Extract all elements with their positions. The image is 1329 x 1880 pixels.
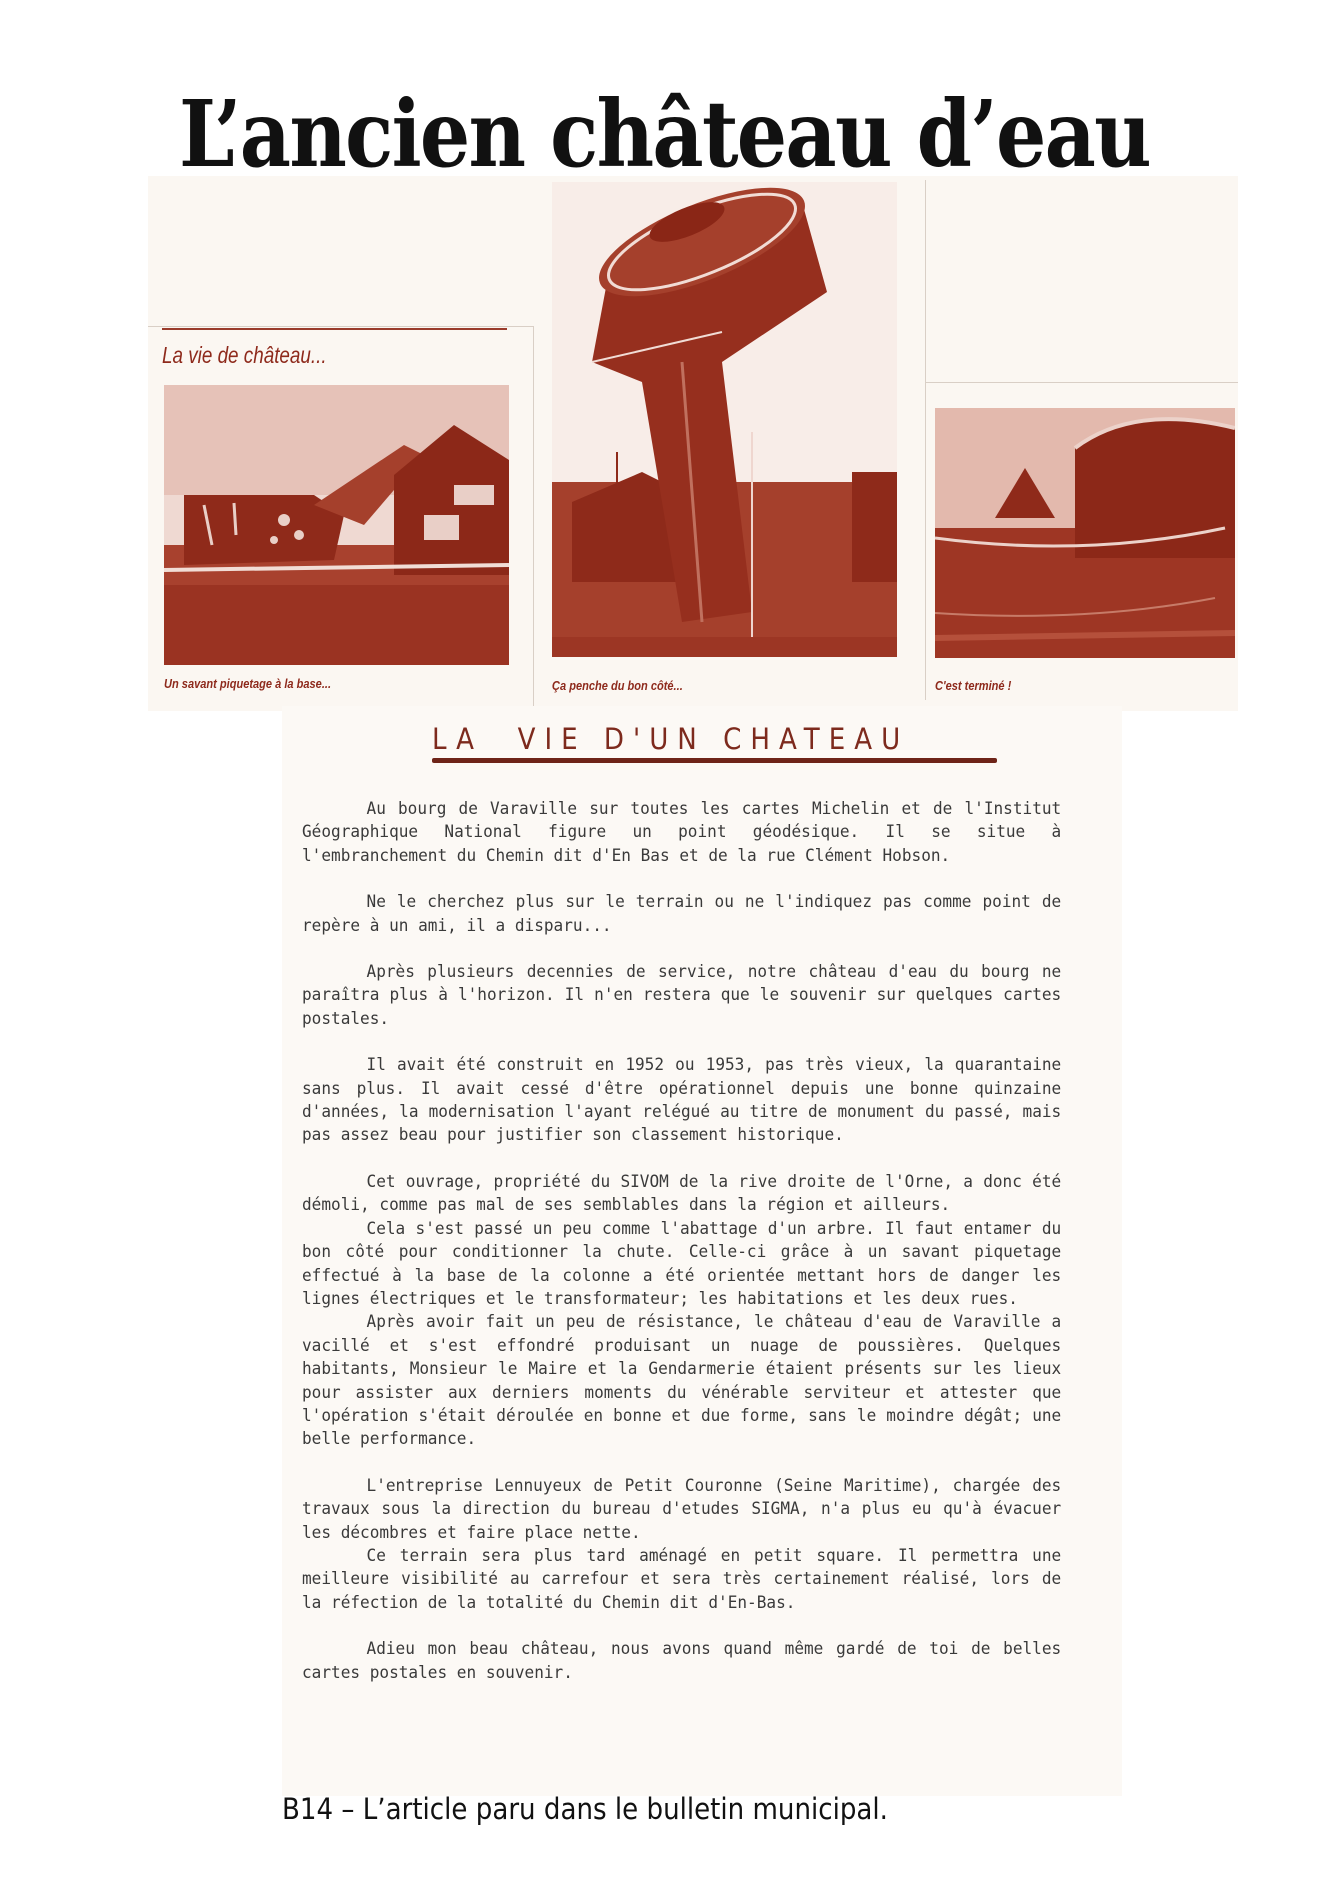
article-paragraph: Au bourg de Varaville sur toutes les car… [302, 798, 1061, 868]
article-paragraph: L'entreprise Lennuyeux de Petit Couronne… [302, 1475, 1061, 1545]
article-paragraph: Après avoir fait un peu de résistance, l… [302, 1311, 1061, 1451]
article-paragraph: Cet ouvrage, propriété du SIVOM de la ri… [302, 1171, 1061, 1218]
photo-caption-2: Ça penche du bon côté... [552, 678, 683, 693]
clipping-kicker: La vie de château... [162, 342, 327, 369]
article-paragraph: Ne le cherchez plus sur le terrain ou ne… [302, 891, 1061, 938]
article-body: Au bourg de Varaville sur toutes les car… [302, 798, 1061, 1685]
article-heading: LA VIE D'UN CHATEAU [432, 722, 909, 756]
photo-caption-1: Un savant piquetage à la base... [164, 676, 331, 691]
article-paragraph: Cela s'est passé un peu comme l'abattage… [302, 1218, 1061, 1312]
photo-collapsed-base [164, 385, 509, 665]
clipping-frame-line [925, 382, 1238, 383]
article-paragraph: Il avait été construit en 1952 ou 1953, … [302, 1054, 1061, 1148]
figure-caption: B14 – L’article paru dans le bulletin mu… [282, 1792, 888, 1826]
page-title: L’ancien château d’eau [93, 84, 1236, 185]
article-paragraph: Après plusieurs decennies de service, no… [302, 961, 1061, 1031]
photo-tilting-tower [552, 182, 897, 657]
photo-fallen-tower [935, 408, 1235, 658]
kicker-rule [162, 328, 507, 330]
article-paragraph: Ce terrain sera plus tard aménagé en pet… [302, 1545, 1061, 1615]
article-heading-underline [432, 758, 997, 763]
clipping-frame-line [533, 326, 534, 706]
photo-caption-3: C'est terminé ! [935, 678, 1011, 693]
article-paragraph: Adieu mon beau château, nous avons quand… [302, 1638, 1061, 1685]
clipping-frame-line [925, 180, 926, 700]
clipping-frame-line [148, 326, 533, 327]
